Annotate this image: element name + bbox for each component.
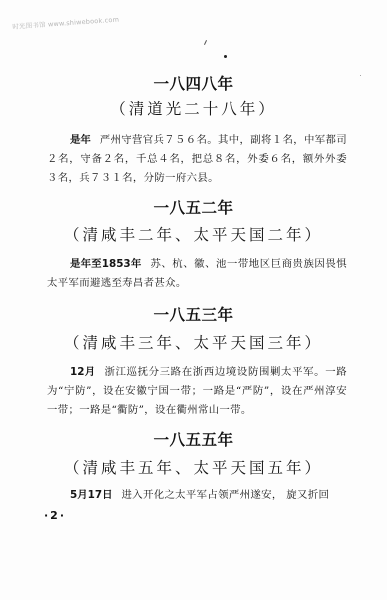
entry-lead: 12月 [70, 366, 95, 378]
era-subheading: （清咸丰二年、太平天国二年） [0, 223, 387, 245]
era-subheading: （清道光二十八年） [0, 97, 387, 119]
entry-lead: 是年 [70, 134, 91, 146]
entry-lead: 是年至1853年 [70, 258, 141, 270]
year-heading: 一八五二年 [0, 196, 387, 218]
entry-text: 严州守营官兵７５６名。其中，副将１名，中军都司２名，守备２名，千总４名，把总８名… [47, 134, 347, 184]
entry-lead: 5月17日 [70, 489, 112, 501]
entry-paragraph: 12月浙江巡抚分三路在浙西边境设防围剿太平军。一路为“宁防”，设在安徽宁国一带；… [47, 363, 347, 420]
era-subheading: （清咸丰三年、太平天国三年） [0, 331, 387, 353]
entry-paragraph: 5月17日进入开化之太平军占领严州遂安， 旋又折回 [47, 486, 347, 505]
scan-speck [224, 55, 227, 58]
page-number: ·2· [44, 509, 66, 522]
book-page: 时光图书馆 www.shiwebook.com 一八四八年 （清道光二十八年） … [0, 0, 387, 600]
scan-mark [204, 40, 207, 45]
entry-text: 进入开化之太平军占领严州遂安， 旋又折回 [121, 489, 329, 501]
entry-paragraph: 是年严州守营官兵７５６名。其中，副将１名，中军都司２名，守备２名，千总４名，把总… [47, 131, 347, 188]
watermark: 时光图书馆 www.shiwebook.com [12, 15, 119, 31]
year-heading: 一八五五年 [0, 428, 387, 450]
era-subheading: （清咸丰五年、太平天国五年） [0, 456, 387, 478]
entry-paragraph: 是年至1853年苏、杭、徽、池一带地区巨商贵族因畏惧太平军而避逃至寿昌者甚众。 [47, 255, 347, 293]
year-heading: 一八四八年 [0, 72, 387, 94]
year-heading: 一八五三年 [0, 303, 387, 325]
